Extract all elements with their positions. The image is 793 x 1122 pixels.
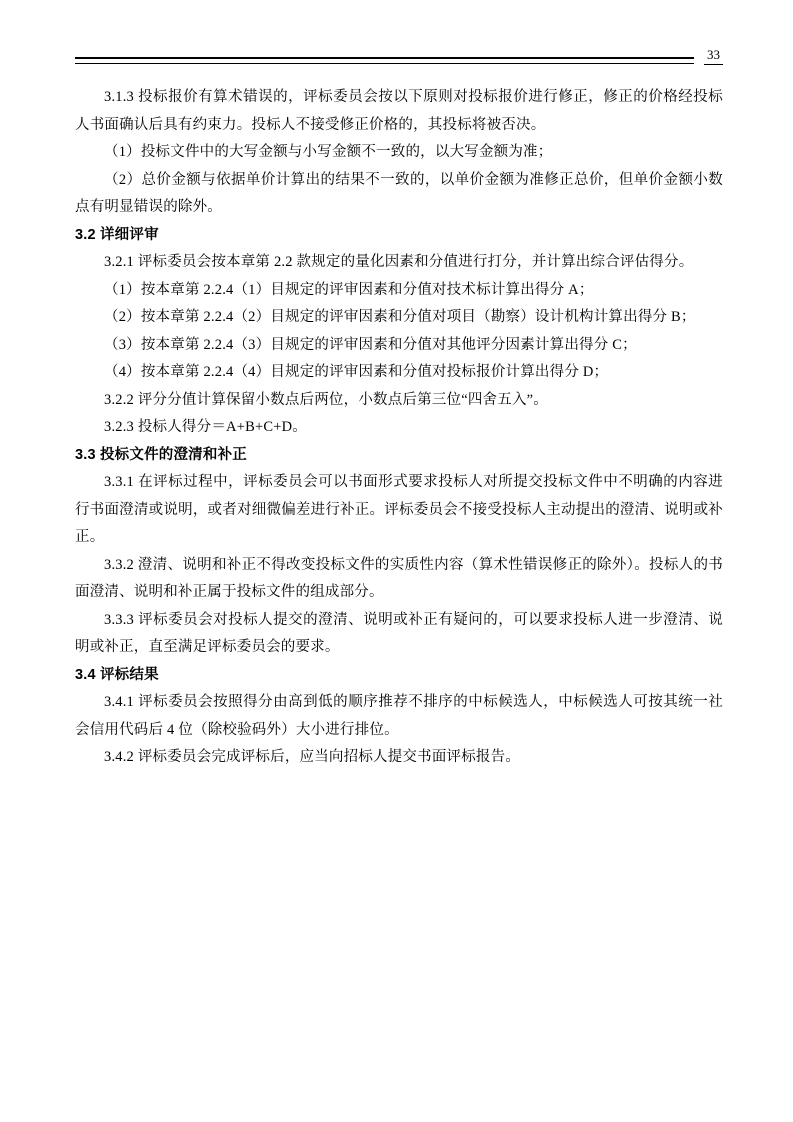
list-item-1: （1）投标文件中的大写金额与小写金额不一致的，以大写金额为准；	[75, 139, 723, 167]
document-body: 3.1.3 投标报价有算术错误的，评标委员会按以下原则对投标报价进行修正，修正的…	[75, 84, 723, 772]
page-header: 33	[75, 48, 723, 65]
paragraph-3-2-3: 3.2.3 投标人得分＝A+B+C+D。	[75, 414, 723, 442]
list-item-2: （2）总价金额与依据单价计算出的结果不一致的，以单价金额为准修正总价，但单价金额…	[75, 167, 723, 222]
header-rule	[75, 57, 694, 64]
paragraph-3-3-3: 3.3.3 评标委员会对投标人提交的澄清、说明或补正有疑问的，可以要求投标人进一…	[75, 607, 723, 662]
section-heading-3-3: 3.3 投标文件的澄清和补正	[75, 442, 723, 470]
page-number: 33	[704, 48, 723, 65]
section-heading-3-2: 3.2 详细评审	[75, 222, 723, 250]
list-item-score-c: （3）按本章第 2.2.4（3）目规定的评审因素和分值对其他评分因素计算出得分 …	[75, 332, 723, 360]
paragraph-3-2-2: 3.2.2 评分分值计算保留小数点后两位，小数点后第三位“四舍五入”。	[75, 387, 723, 415]
list-item-score-d: （4）按本章第 2.2.4（4）目规定的评审因素和分值对投标报价计算出得分 D；	[75, 359, 723, 387]
paragraph-3-4-1: 3.4.1 评标委员会按照得分由高到低的顺序推荐不排序的中标候选人，中标候选人可…	[75, 689, 723, 744]
paragraph-3-3-2: 3.3.2 澄清、说明和补正不得改变投标文件的实质性内容（算术性错误修正的除外）…	[75, 552, 723, 607]
section-heading-3-4: 3.4 评标结果	[75, 662, 723, 690]
list-item-score-a: （1）按本章第 2.2.4（1）目规定的评审因素和分值对技术标计算出得分 A；	[75, 277, 723, 305]
paragraph-3-4-2: 3.4.2 评标委员会完成评标后，应当向招标人提交书面评标报告。	[75, 744, 723, 772]
paragraph-3-1-3: 3.1.3 投标报价有算术错误的，评标委员会按以下原则对投标报价进行修正，修正的…	[75, 84, 723, 139]
document-page: 33 3.1.3 投标报价有算术错误的，评标委员会按以下原则对投标报价进行修正，…	[0, 0, 793, 1122]
paragraph-3-2-1: 3.2.1 评标委员会按本章第 2.2 款规定的量化因素和分值进行打分，并计算出…	[75, 249, 723, 277]
paragraph-3-3-1: 3.3.1 在评标过程中，评标委员会可以书面形式要求投标人对所提交投标文件中不明…	[75, 469, 723, 552]
list-item-score-b: （2）按本章第 2.2.4（2）目规定的评审因素和分值对项目（勘察）设计机构计算…	[75, 304, 723, 332]
